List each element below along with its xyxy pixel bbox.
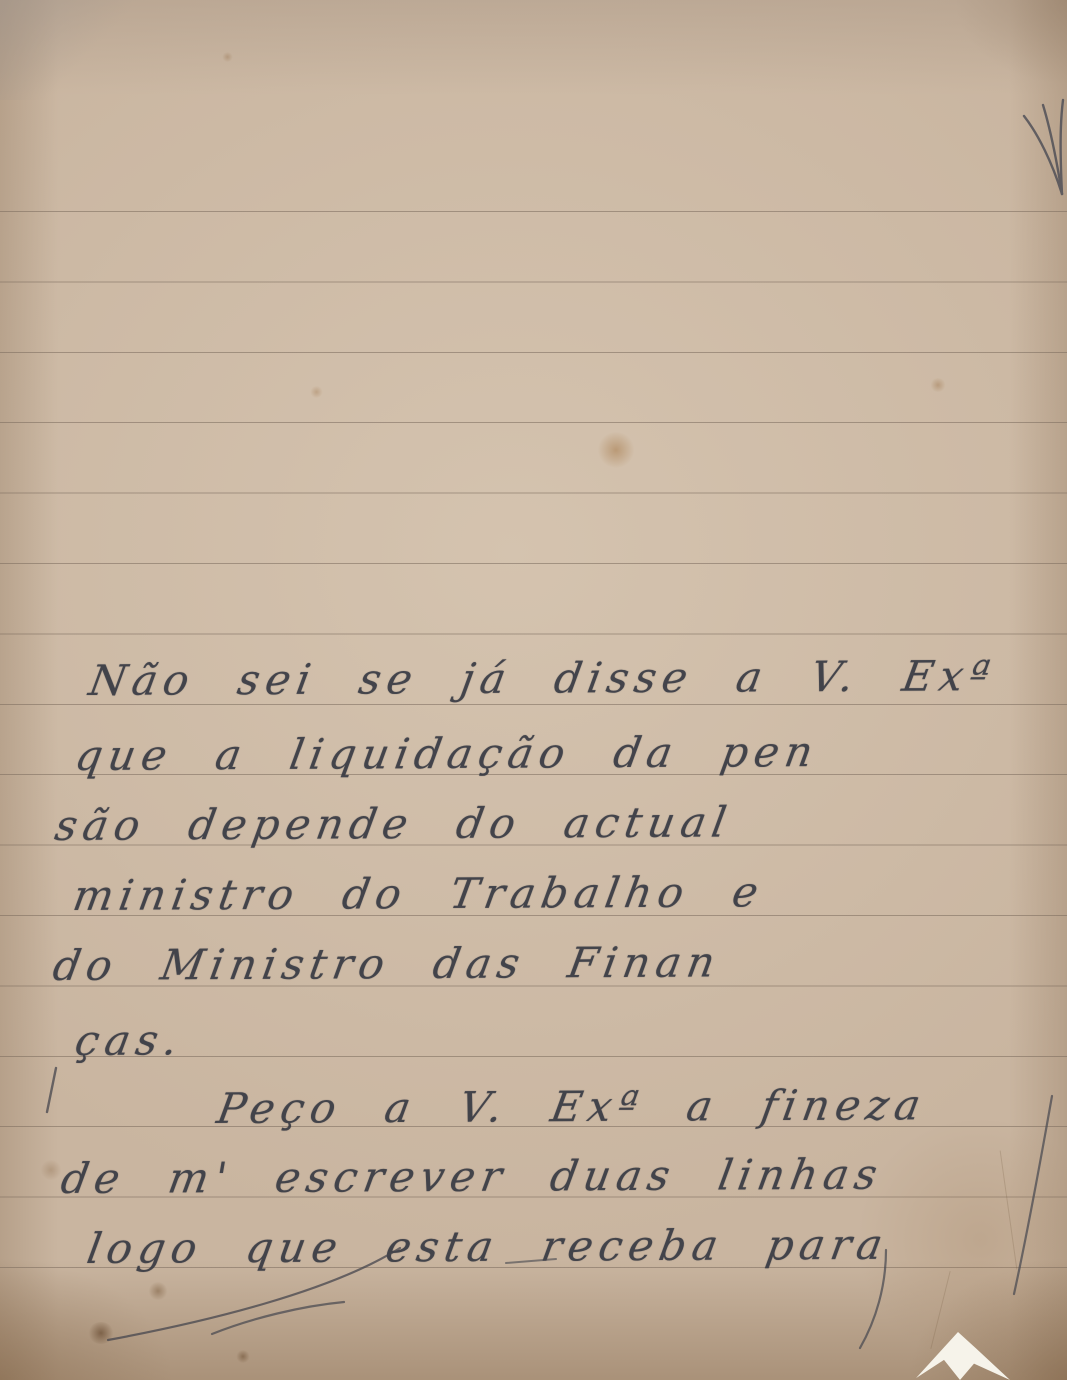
- handwritten-line-5: do Ministro das Finan: [50, 942, 724, 987]
- paper-stain: [930, 378, 946, 392]
- pen-flourish-icon: [1024, 100, 1063, 194]
- margin-stroke-icon: [47, 1068, 56, 1112]
- paper-stain: [597, 432, 635, 468]
- paper-stain: [222, 52, 233, 62]
- handwritten-line-7: Peço a V. Exª a fineza: [214, 1084, 929, 1130]
- handwritten-line-2: que a liquidação da pen: [72, 731, 822, 777]
- handwritten-line-1: Não sei se já disse a V. Exª: [86, 655, 999, 702]
- handwritten-line-3: são depende do actual: [52, 801, 735, 847]
- paper-stain: [310, 386, 323, 398]
- paper-stain: [88, 1322, 114, 1344]
- corner-fold: [0, 0, 160, 100]
- handwritten-line-9: logo que esta receba para: [84, 1224, 892, 1270]
- torn-corner: [912, 1332, 1012, 1380]
- paper-stain: [40, 1160, 62, 1180]
- ink-swash-icon: [212, 1302, 344, 1334]
- paper-stain: [236, 1350, 250, 1363]
- handwritten-line-8: de m' escrever duas linhas: [58, 1154, 886, 1200]
- handwritten-line-4: ministro do Trabalho e: [70, 871, 767, 917]
- paper-crease: [930, 1271, 950, 1349]
- handwritten-line-6: ças.: [72, 1019, 187, 1062]
- ink-swash-icon: [1014, 1096, 1052, 1294]
- paper-crease: [1000, 1151, 1018, 1270]
- paper-stain: [148, 1282, 168, 1300]
- letter-page: Não sei se já disse a V. Exª que a liqui…: [0, 0, 1067, 1380]
